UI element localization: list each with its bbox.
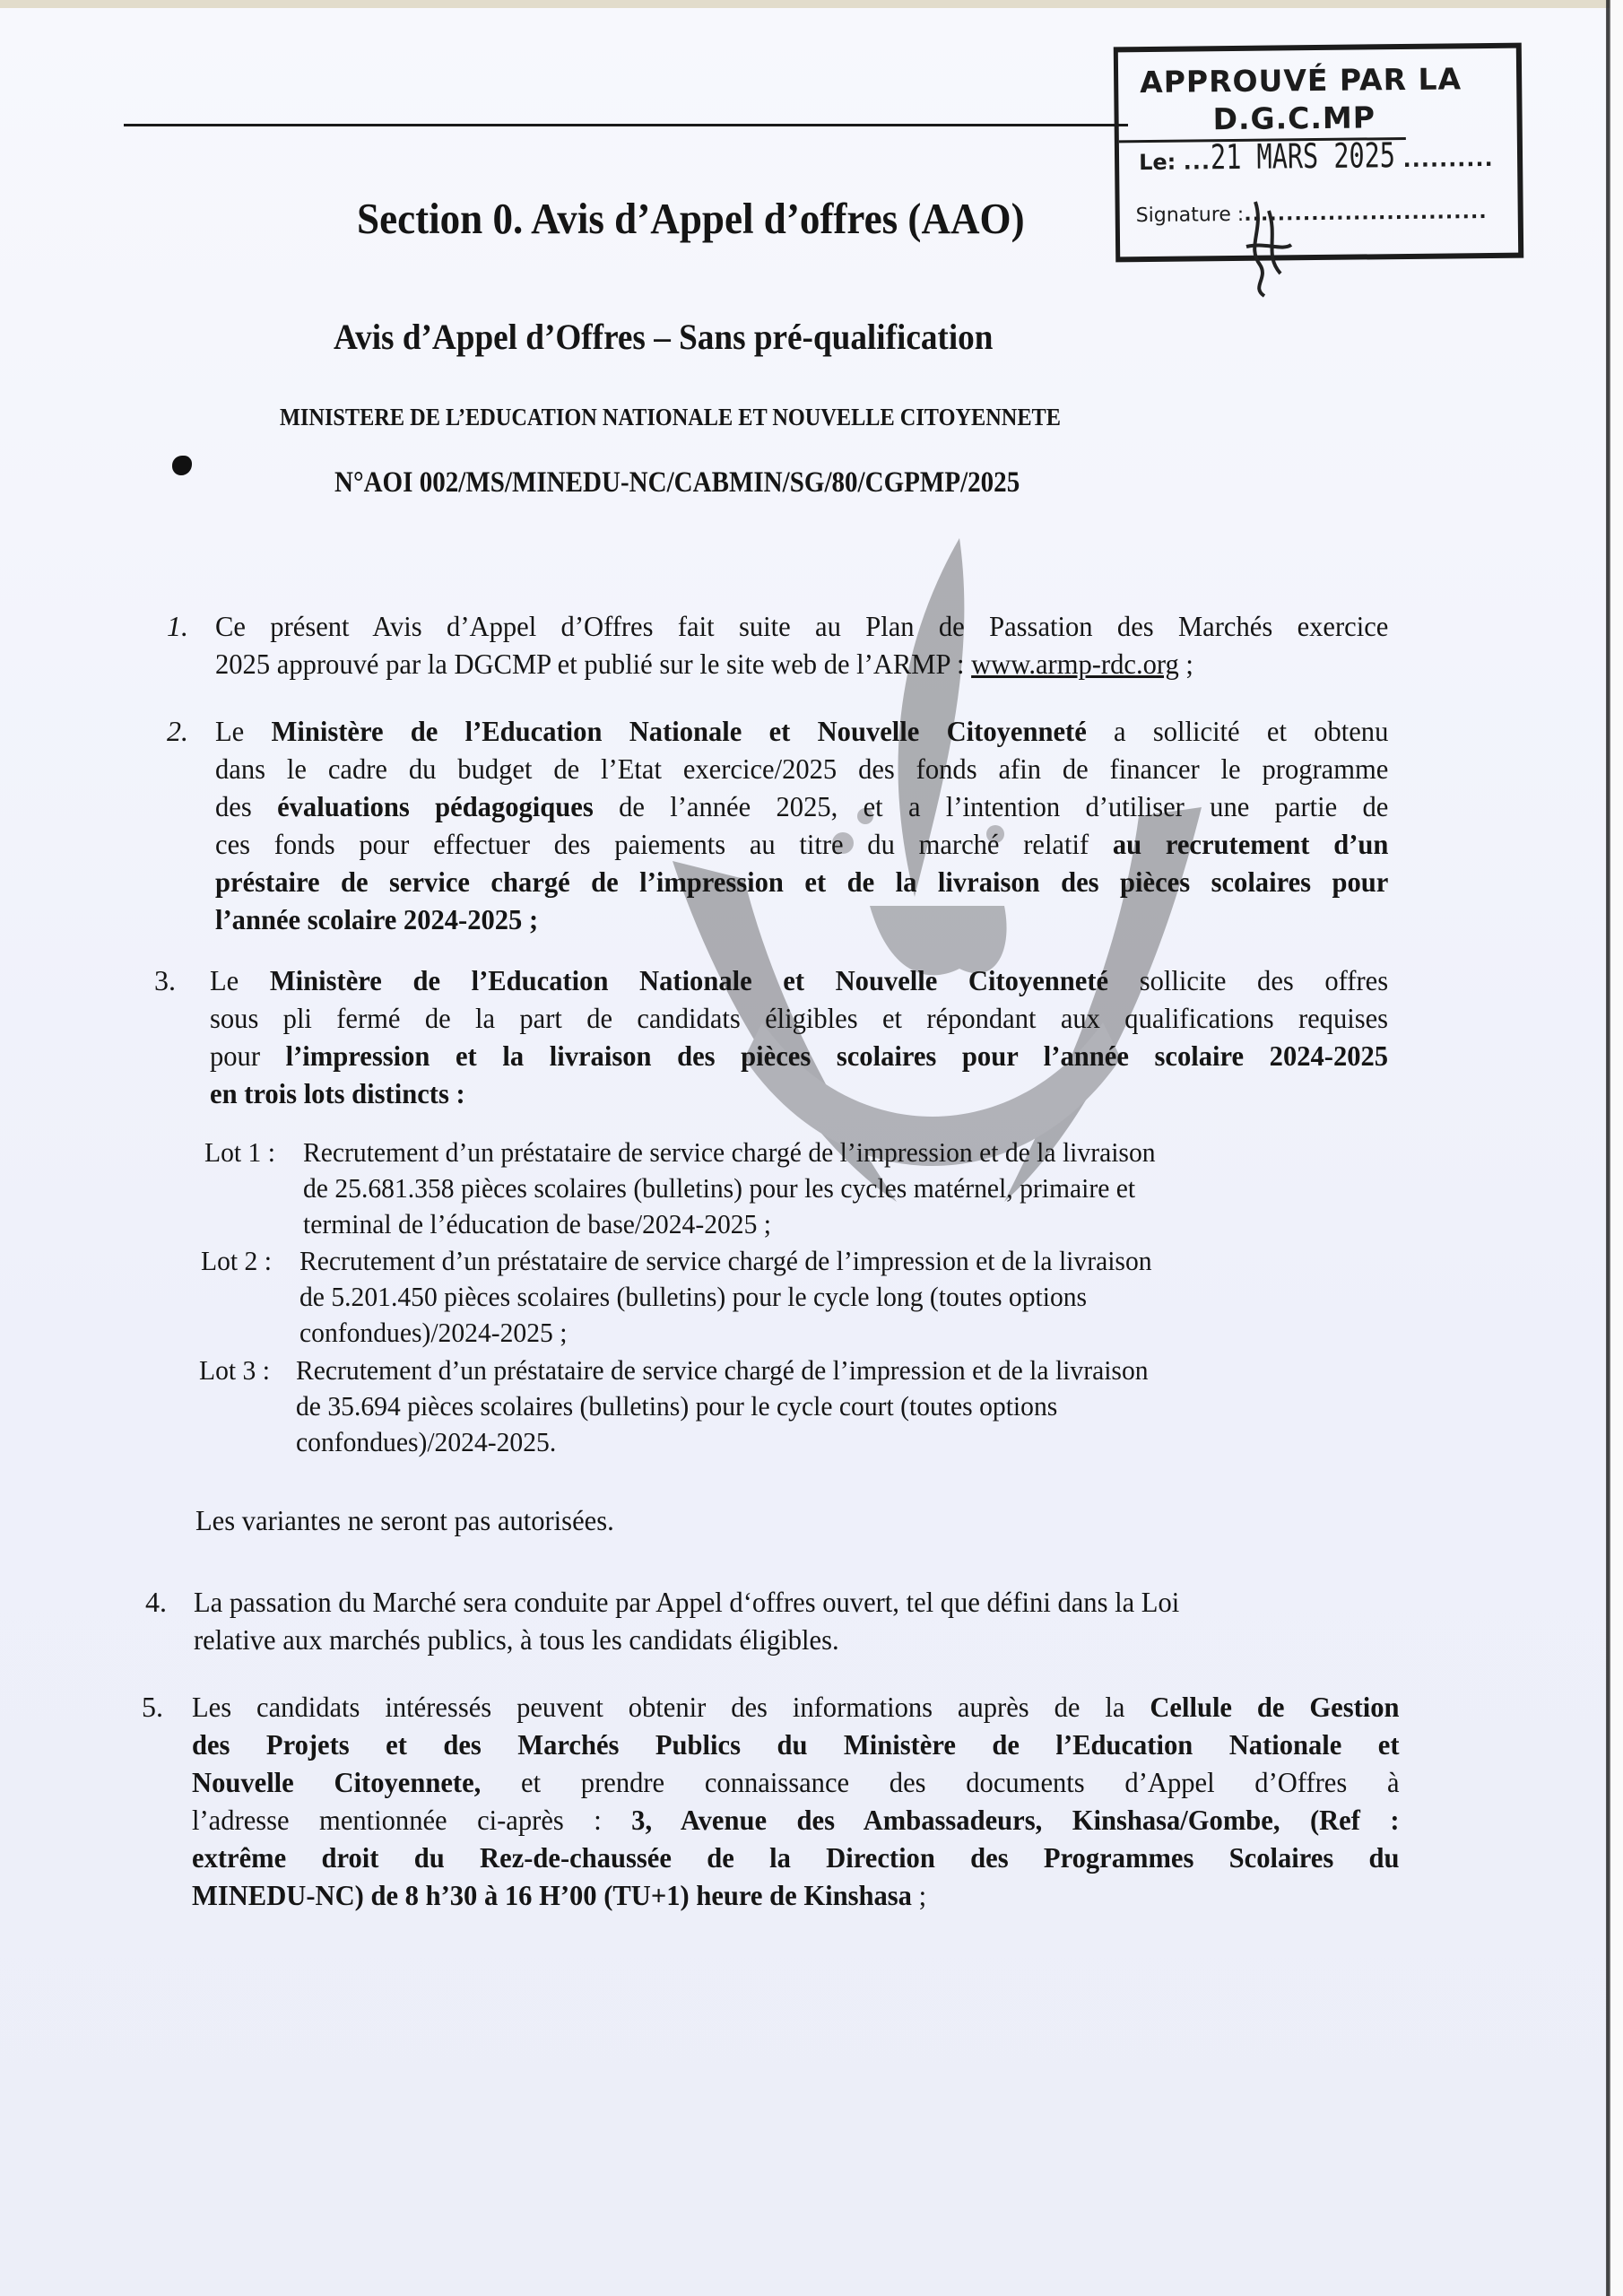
paragraph-4: La passation du Marché sera conduite par… <box>194 1583 1384 1658</box>
armp-website-link[interactable]: www.armp-rdc.org <box>971 648 1179 680</box>
ministry-name: MINISTERE DE L’EDUCATION NATIONALE ET NO… <box>280 404 1061 431</box>
notice-subtitle: Avis d’Appel d’Offres – Sans pré-qualifi… <box>334 316 993 358</box>
paragraph-3-number: 3. <box>154 961 176 999</box>
lot-2-description: Recrutement d’un préstataire de service … <box>299 1243 1152 1351</box>
lot-1-label: Lot 1 : <box>204 1135 275 1170</box>
paragraph-2-number: 2. <box>167 712 188 750</box>
signature-scribble-icon <box>1237 193 1300 300</box>
paragraph-3: Le Ministère de l’Education Nationale et… <box>210 961 1388 1112</box>
lot-1-description: Recrutement d’un préstataire de service … <box>303 1135 1156 1242</box>
paragraph-1: Ce présent Avis d’Appel d’Offres fait su… <box>215 607 1388 683</box>
lot-3-label: Lot 3 : <box>199 1352 270 1388</box>
variants-note: Les variantes ne seront pas autorisées. <box>195 1501 614 1539</box>
scan-top-edge <box>0 0 1623 8</box>
paragraph-2: Le Ministère de l’Education Nationale et… <box>215 712 1388 938</box>
stamp-authority: D.G.C.MP <box>1212 100 1376 136</box>
stamp-signature-row: Signature :............................. <box>1136 201 1488 227</box>
paragraph-5: Les candidats intéressés peuvent obtenir… <box>192 1688 1400 1914</box>
tender-reference: N°AOI 002/MS/MINEDU-NC/CABMIN/SG/80/CGPM… <box>334 466 1020 500</box>
paragraph-5-number: 5. <box>142 1688 163 1726</box>
page-edge-shadow <box>1606 0 1610 2296</box>
stamp-date-value: 21 MARS 2025 <box>1211 135 1395 177</box>
lot-3-description: Recrutement d’un préstataire de service … <box>296 1352 1149 1460</box>
scan-right-margin <box>1610 0 1623 2296</box>
paragraph-4-number: 4. <box>145 1583 167 1621</box>
stamp-title: APPROUVÉ PAR LA <box>1140 61 1462 100</box>
section-title: Section 0. Avis d’Appel d’offres (AAO) <box>357 193 1025 244</box>
paragraph-1-number: 1. <box>167 607 188 645</box>
stamp-signature-label: Signature : <box>1136 204 1245 227</box>
stamp-date-label: Le: <box>1139 150 1176 175</box>
lot-2-label: Lot 2 : <box>201 1243 272 1279</box>
header-rule <box>124 124 1128 126</box>
approval-stamp: APPROUVÉ PAR LA D.G.C.MP Le: ...21 MARS … <box>1114 43 1523 263</box>
stamp-date-row: Le: ...21 MARS 2025.......... <box>1139 135 1494 178</box>
